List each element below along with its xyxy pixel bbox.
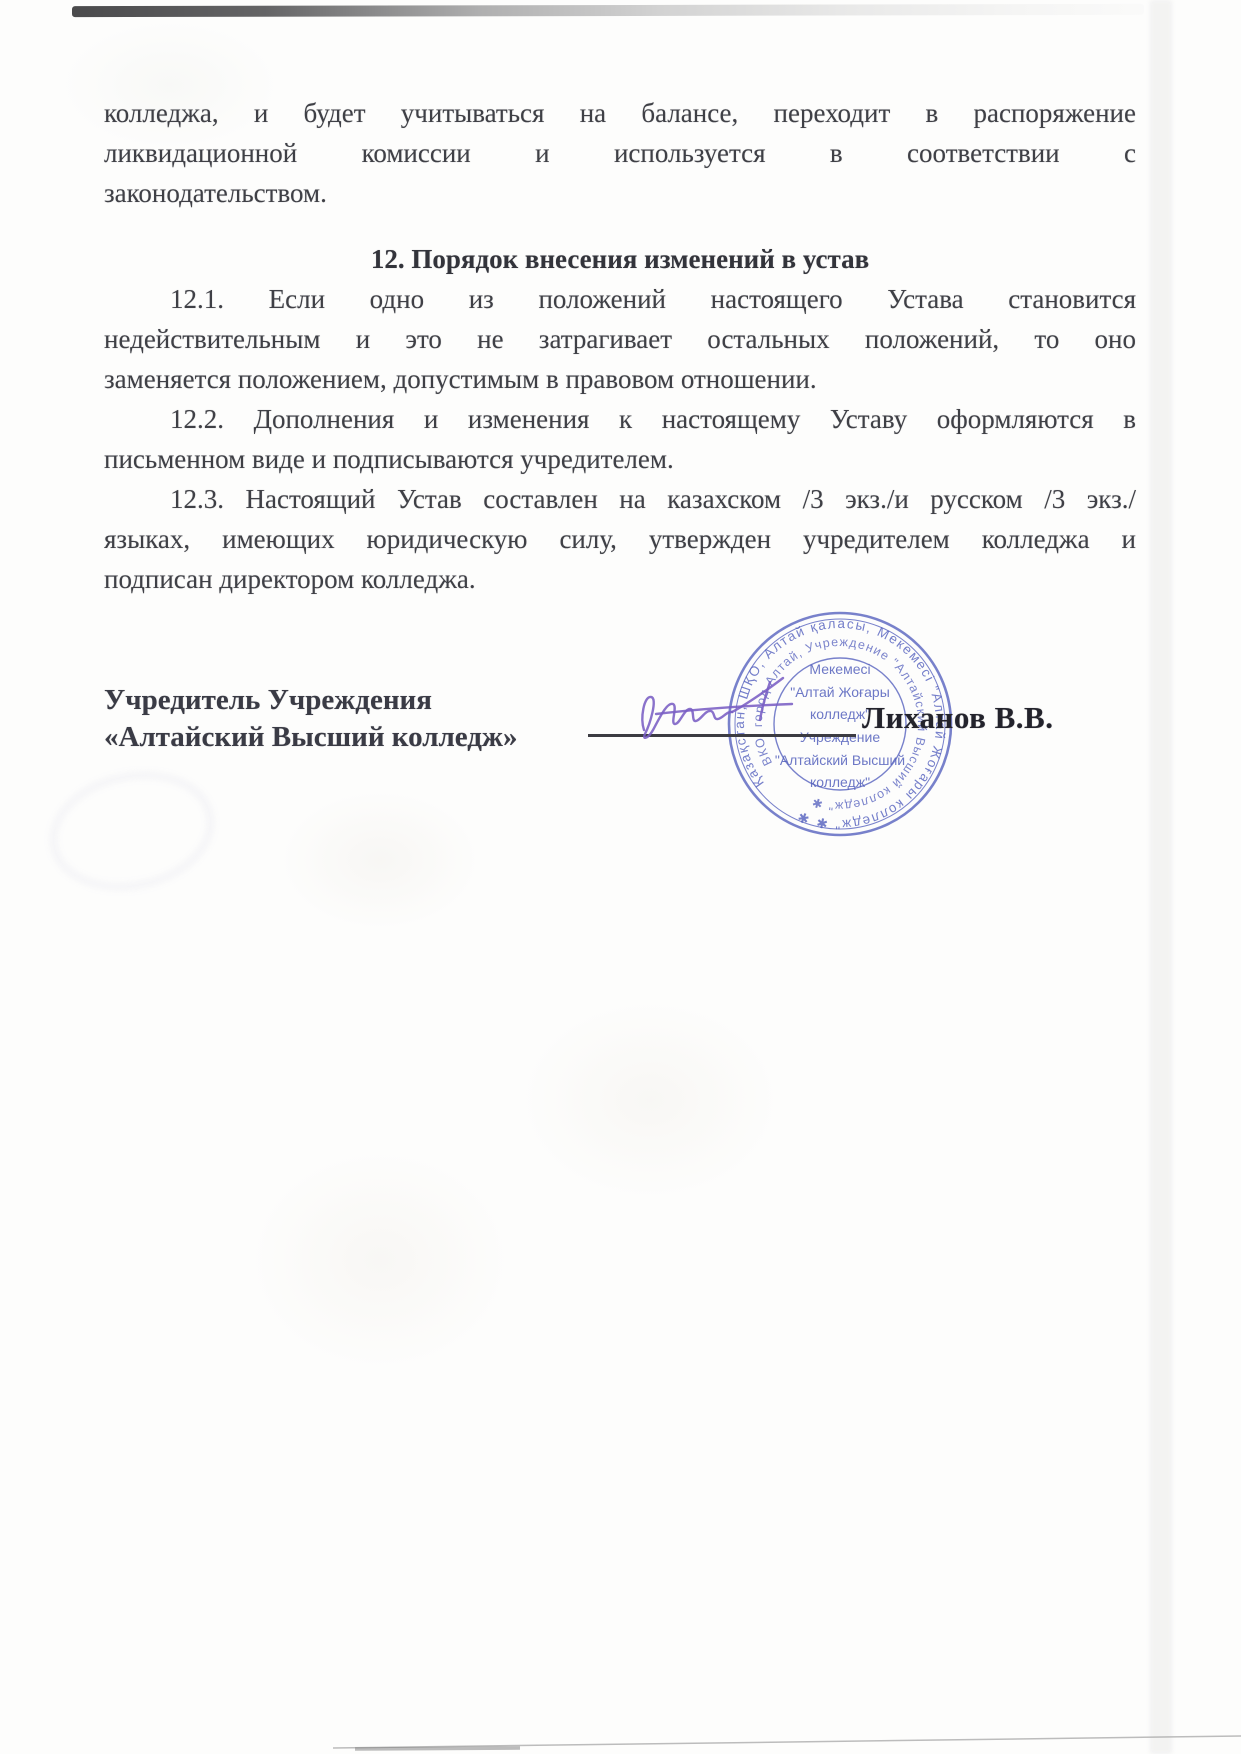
signature-cross — [760, 682, 770, 720]
ghost-stamp-impression — [38, 756, 227, 906]
scan-artifact-right-band — [1150, 0, 1172, 1754]
text-line: 12.2. Дополнения и изменения к настоящем… — [104, 399, 1136, 439]
founder-college-name: «Алтайский Высший колледж» — [104, 719, 517, 756]
scanned-document-page: колледжа, и будет учитываться на балансе… — [0, 0, 1241, 1754]
founder-title-block: Учредитель Учреждения «Алтайский Высший … — [104, 682, 517, 756]
section-heading: 12. Порядок внесения изменений в устав — [104, 239, 1136, 279]
scan-artifact-top-strip — [72, 4, 1144, 17]
text-line: подписан директором колледжа. — [104, 559, 1136, 599]
text-line: недействительным и это не затрагивает ос… — [104, 319, 1136, 359]
text-line: 12.1. Если одно из положений настоящего … — [104, 279, 1136, 319]
scan-smudge — [280, 790, 480, 930]
scan-smudge — [520, 1000, 780, 1200]
text-line: языках, имеющих юридическую силу, утверж… — [104, 519, 1136, 559]
signature-strike — [656, 704, 792, 714]
scan-artifact-bottom-line — [0, 1700, 1241, 1754]
text-line: заменяется положением, допустимым в прав… — [104, 359, 1136, 399]
text-line: ликвидационной комиссии и используется в… — [104, 133, 1136, 173]
document-body-text: колледжа, и будет учитываться на балансе… — [104, 93, 1136, 599]
founder-title-line: Учредитель Учреждения — [104, 682, 517, 719]
text-line: законодательством. — [104, 173, 1136, 213]
handwritten-signature — [620, 664, 830, 759]
text-line: 12.3. Настоящий Устав составлен на казах… — [104, 479, 1136, 519]
stamp-center-line: колледж" — [810, 774, 870, 790]
text-line: колледжа, и будет учитываться на балансе… — [104, 93, 1136, 133]
signatory-name: Лиханов В.В. — [862, 700, 1054, 736]
signature-stroke — [642, 697, 732, 738]
text-line: письменном виде и подписываются учредите… — [104, 439, 1136, 479]
scan-smudge — [250, 1150, 510, 1370]
